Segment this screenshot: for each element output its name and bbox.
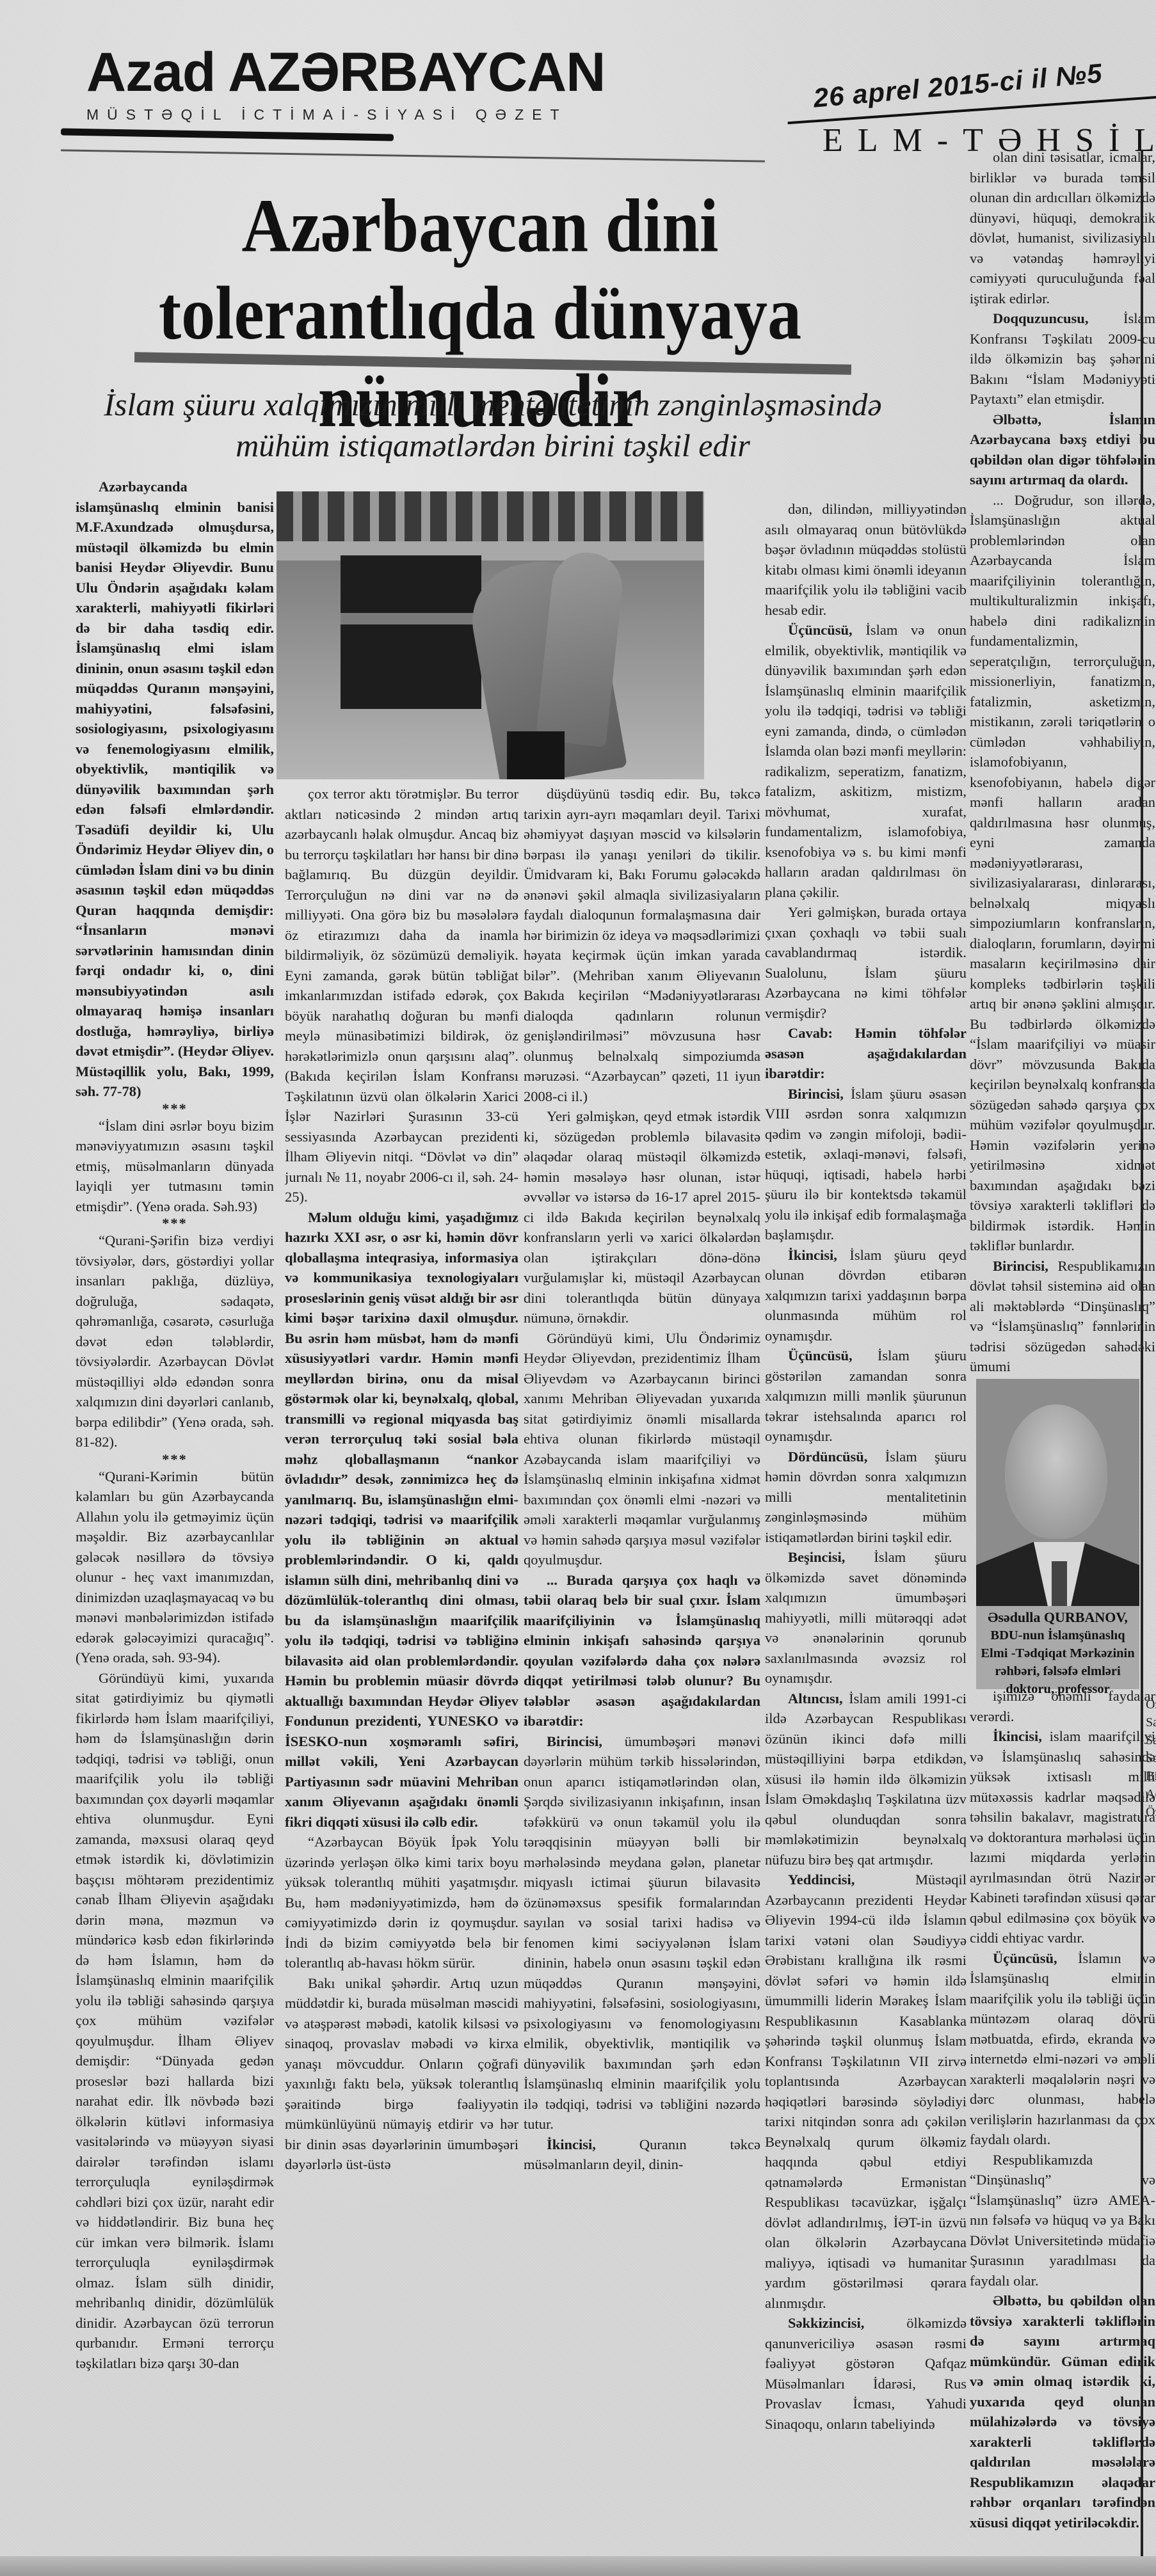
article-paragraph: Məlum olduğu kimi, yaşadığımız hazırkı X… (285, 1207, 518, 1833)
paragraph-lead: Səkkizincisi, (788, 2315, 864, 2331)
article-paragraph: Səkkizincisi, ölkəmizdə qanunvericiliyə … (765, 2313, 967, 2434)
article-paragraph: dən, dilindən, milliyyətindən asılı olma… (765, 499, 967, 620)
article-paragraph: Yeri gəlmişkən, burada ortaya çıxan çoxh… (765, 902, 967, 1023)
article-paragraph: “Qurani-Şərifin bizə verdiyi tövsiyələr,… (76, 1230, 274, 1452)
article-paragraph: düşdüyünü təsdiq edir. Bu, təkcə tarixin… (524, 784, 760, 1106)
masthead-rule (61, 128, 394, 141)
article-paragraph: Respublikamızda “Dinşünaslıq” və “İslamş… (970, 2150, 1155, 2291)
article-paragraph: İkincisi, İslam şüuru qeyd olunan dövrdə… (765, 1245, 967, 1346)
kaaba-prayer-photo (277, 491, 704, 779)
article-paragraph: Üçüncüsü, İslam şüuru göstərilən zamanda… (765, 1346, 967, 1447)
author-name: Əsədulla QURBANOV, (976, 1609, 1139, 1626)
article-paragraph: Azərbaycanda islamşünaslıq elminin banis… (76, 477, 274, 1102)
paragraph-lead: Birincisi, (993, 1258, 1048, 1274)
article-paragraph: “Qurani-Kərimin bütün kəlamları bu gün A… (76, 1467, 274, 1668)
section-separator: *** (76, 1102, 274, 1116)
article-paragraph: çox terror aktı törətmişlər. Bu terror a… (285, 784, 518, 1207)
paragraph-lead: Üçüncüsü, (993, 1950, 1057, 1966)
issue-date: 26 aprel 2015-ci il №5 (812, 58, 1104, 113)
paragraph-lead: Doqquzuncusu, (993, 310, 1088, 326)
paragraph-lead: Beşincisi, (788, 1549, 845, 1565)
article-column-4: dən, dilindən, milliyyətindən asılı olma… (765, 499, 967, 2563)
fragment-text: Öz (1146, 1696, 1156, 1713)
fragment-text: Sa (1146, 1731, 1156, 1749)
fragment-text: Öz (1146, 1803, 1156, 1821)
paragraph-lead: Üçüncüsü, (788, 1348, 853, 1364)
article-paragraph: Birincisi, İslam şüuru əsasən VIII əsrdə… (765, 1084, 967, 1245)
paragraph-lead: Yeddincisi, (788, 1872, 855, 1888)
fragment-text: Aç (1146, 1785, 1156, 1803)
author-portrait-photo (976, 1379, 1139, 1606)
author-affiliation: BDU-nun İslamşünaslıq (976, 1626, 1139, 1644)
author-affiliation: Elmi -Tədqiqat Mərkəzinin (976, 1644, 1139, 1662)
article-paragraph: İkincisi, Quranın təkcə müsəlmanların de… (524, 2135, 760, 2175)
newspaper-page: Azad AZƏRBAYCAN MÜSTƏQİL İCTİMAİ-SİYASİ … (0, 0, 1156, 2576)
article-subheadline: İslam şüuru xalqımızın milli mentaliteti… (90, 384, 896, 466)
masthead: Azad AZƏRBAYCAN MÜSTƏQİL İCTİMAİ-SİYASİ … (86, 45, 605, 123)
article-paragraph: Cavab: Həmin töhfələr əsasən aşağıdakıla… (765, 1023, 967, 1084)
article-column-3: düşdüyünü təsdiq edir. Bu, təkcə tarixin… (524, 784, 760, 2563)
article-paragraph: Yeddincisi, Müstəqil Azərbaycanın prezid… (765, 1870, 967, 2313)
section-separator: *** (76, 1216, 274, 1230)
fragment-text: Biz (1146, 1767, 1156, 1785)
newspaper-subtitle: MÜSTƏQİL İCTİMAİ-SİYASİ QƏZET (86, 106, 605, 123)
article-paragraph: Əlbəttə, İslamın Azərbaycana bəxş etdiyi… (970, 409, 1155, 490)
section-separator: *** (76, 1452, 274, 1467)
article-paragraph: olan dini təsisatlar, icmalar, birliklər… (970, 147, 1155, 308)
article-paragraph: ... Doğrudur, son illərdə, İslamşünaslığ… (970, 490, 1155, 1256)
article-paragraph: Birincisi, Respublikamızın dövlət təhsil… (970, 1256, 1155, 1377)
paragraph-lead: İkincisi, (788, 1247, 837, 1263)
paragraph-lead: Dördüncüsü, (788, 1449, 867, 1465)
article-paragraph: Altıncısı, İslam amili 1991-ci ildə Azər… (765, 1689, 967, 1870)
article-paragraph: Üçüncüsü, İslam və onun elmilik, obyekti… (765, 620, 967, 902)
article-paragraph: Üçüncüsü, İslamın və İslamşünaslıq elmin… (970, 1948, 1155, 2150)
fragment-text: Sa (1146, 1713, 1156, 1731)
article-paragraph: Beşincisi, İslam şüuru ölkəmizdə savet d… (765, 1547, 967, 1689)
article-paragraph: Birincisi, ümumbəşəri mənəvi dəyərlərin … (524, 1731, 760, 2135)
page-edge (0, 2556, 1156, 2576)
paragraph-lead: Üçüncüsü, (788, 622, 853, 638)
kaaba-shape (341, 555, 481, 709)
article-paragraph: Bakı unikal şəhərdir. Artıq uzun müddətd… (285, 1973, 518, 2175)
masthead-thin-rule (61, 149, 765, 162)
article-paragraph: Yeri gəlmişkən, qeyd etmək istərdik ki, … (524, 1106, 760, 1328)
article-column-1: Azərbaycanda islamşünaslıq elminin banis… (76, 477, 274, 2563)
newspaper-title: Azad AZƏRBAYCAN (86, 45, 605, 100)
article-paragraph: “Azərbaycan Böyük İpək Yolu üzərində yer… (285, 1832, 518, 1973)
article-paragraph: Göründüyü kimi, Ulu Öndərimiz Heydər Əli… (524, 1328, 760, 1570)
article-paragraph: Doqquzuncusu, İslam Konfransı Təşkilatı … (970, 308, 1155, 409)
article-paragraph: ... Burada qarşıya çox haqlı və təbii ol… (524, 1570, 760, 1731)
article-paragraph: işimizə önəmli faydalar verərdi. (970, 1686, 1155, 1726)
article-column-5: olan dini təsisatlar, icmalar, birliklər… (970, 147, 1155, 1379)
fragment-text: Sə (1146, 1749, 1156, 1767)
article-column-2: çox terror aktı törətmişlər. Bu terror a… (285, 784, 518, 2563)
author-caption: Əsədulla QURBANOV, BDU-nun İslamşünaslıq… (976, 1606, 1139, 1689)
paragraph-lead: Birincisi, (547, 1733, 602, 1749)
article-paragraph: Dördüncüsü, İslam şüuru həmin dövrdən so… (765, 1447, 967, 1548)
paragraph-lead: Altıncısı, (788, 1690, 843, 1706)
article-paragraph: Əlbəttə, bu qəbildən olan tövsiyə xarakt… (970, 2291, 1155, 2532)
column-divider (1141, 150, 1143, 2563)
article-paragraph: İkincisi, islam maarifçiliyi və İslamşün… (970, 1726, 1155, 1948)
article-column-5-continued: işimizə önəmli faydalar verərdi.İkincisi… (970, 1686, 1155, 2563)
article-paragraph: Göründüyü kimi, yuxarıda sitat gətirdiyi… (76, 1668, 274, 2374)
paragraph-lead: İkincisi, (993, 1728, 1042, 1744)
author-title: rəhbəri, fəlsəfə elmləri (976, 1662, 1139, 1680)
adjacent-article-fragment: ÖzSaSaSəBizAçÖz (1146, 1696, 1156, 1821)
article-paragraph: “İslam dini əsrlər boyu bizim mənəviyyat… (76, 1116, 274, 1217)
paragraph-lead: İkincisi, (547, 2136, 596, 2152)
paragraph-lead: Birincisi, (788, 1086, 844, 1102)
